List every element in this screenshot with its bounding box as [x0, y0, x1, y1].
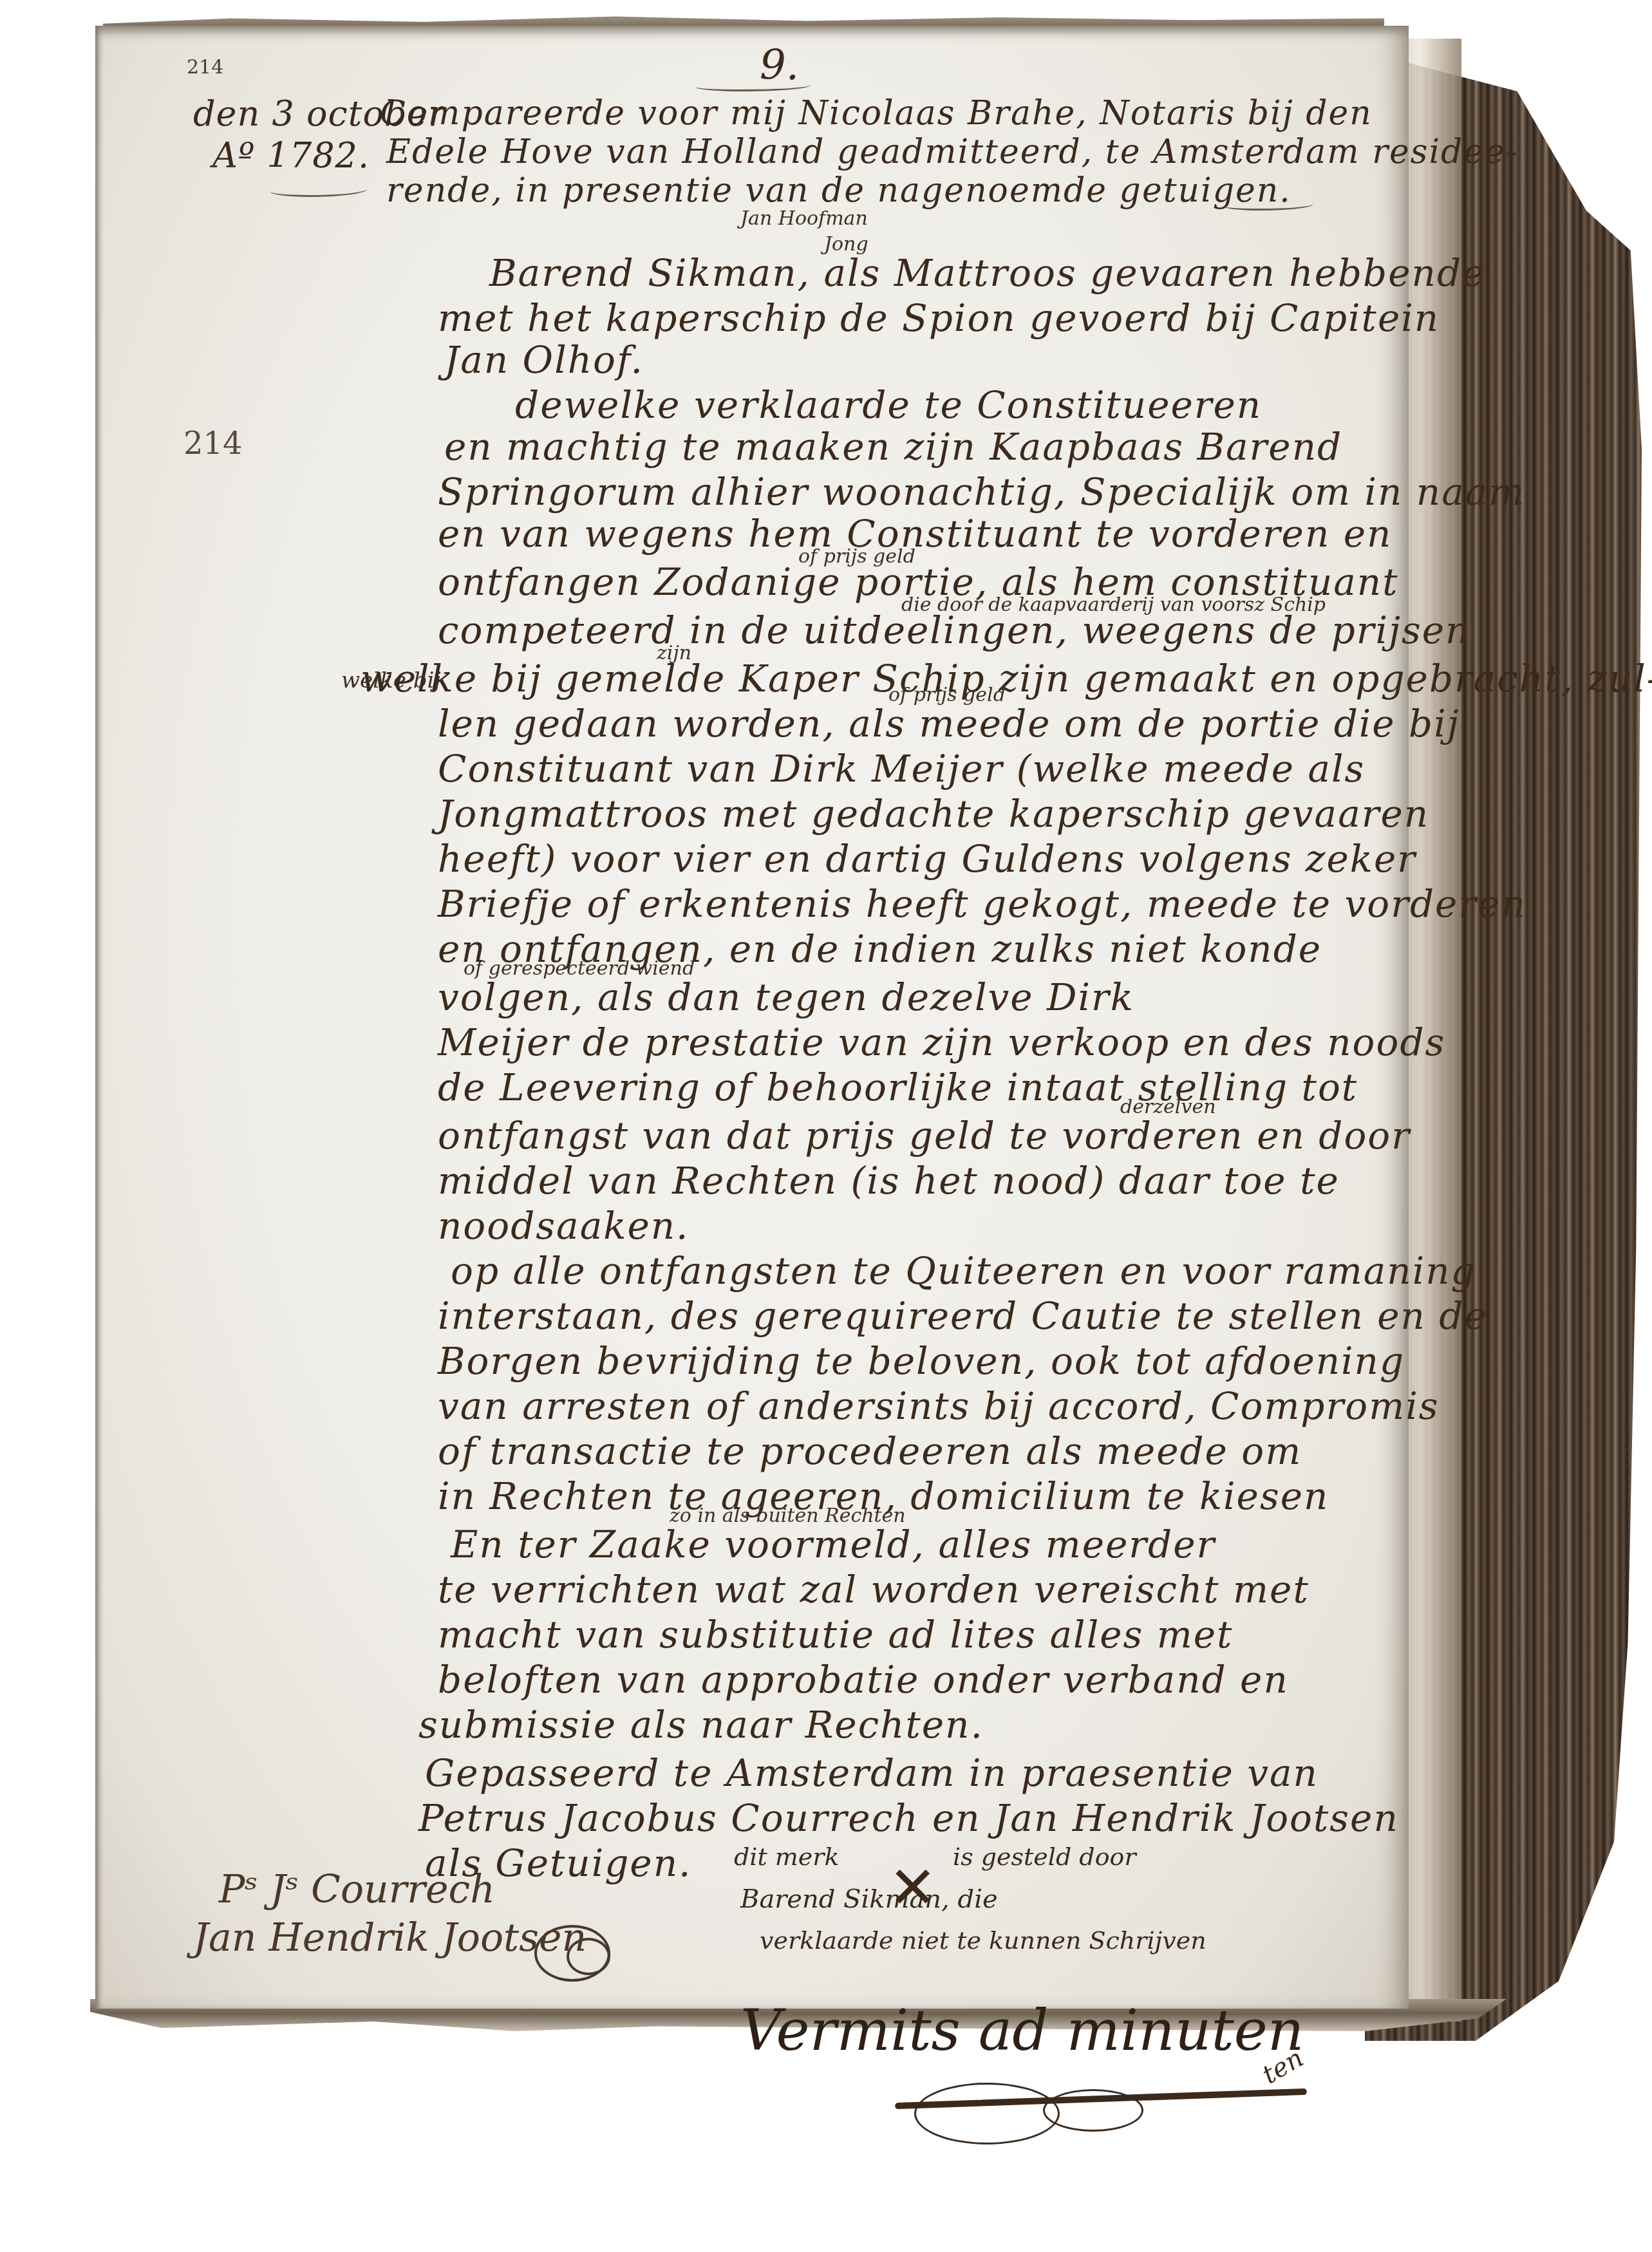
body-line: welke bij gemelde Kaper Schip zijn gemaa… — [361, 660, 1652, 697]
signature-flourish-inner — [567, 1938, 610, 1975]
margin-insert: welke bij — [341, 670, 441, 691]
body-line: met het kaperschip de Spion gevoerd bij … — [438, 299, 1440, 337]
body-line: middel van Rechten (is het nood) daar to… — [438, 1162, 1340, 1199]
body-line: beloften van approbatie onder verband en — [438, 1661, 1289, 1698]
body-line: Barend Sikman, als Mattroos gevaaren heb… — [489, 254, 1485, 292]
body-line: Briefje of erkentenis heeft gekogt, meed… — [438, 885, 1526, 923]
body-line: Jongmattroos met gedachte kaperschip gev… — [438, 795, 1429, 832]
body-line: Meijer de prestatie van zijn verkoop en … — [438, 1024, 1445, 1061]
body-line: van arresten of andersints bij accord, C… — [438, 1387, 1439, 1425]
body-line: interstaan, des gerequireerd Cautie te s… — [438, 1297, 1488, 1335]
folio-number-margin: 214 — [183, 428, 243, 459]
body-line: Constituant van Dirk Meijer (welke meede… — [438, 750, 1365, 787]
witness-signature-jootsen: Jan Hendrik Jootsen — [193, 1919, 587, 1957]
notary-flourish-loop — [914, 2083, 1060, 2144]
body-line: Edele Hove van Holland geadmitteerd, te … — [386, 135, 1519, 169]
body-line: En ter Zaake voormeld, alles meerder — [451, 1526, 1216, 1563]
body-line: Compareerde voor mij Nicolaas Brahe, Not… — [380, 97, 1373, 130]
mark-statement-line1: dit merk — [734, 1844, 840, 1869]
mark-statement-line2: Barend Sikman, die — [740, 1886, 998, 1912]
body-line: de Leevering of behoorlijke intaat stell… — [438, 1069, 1358, 1106]
manuscript-book: 214 den 3 october Aº 1782. 214 9. Compar… — [0, 0, 1652, 2252]
margin-date-year: Aº 1782. — [212, 138, 370, 173]
folio-number-top: 214 — [187, 58, 223, 77]
witness-signature-courrech: Pˢ Jˢ Courrech — [219, 1870, 495, 1909]
body-line: te verrichten wat zal worden vereischt m… — [438, 1571, 1309, 1608]
body-line: rende, in presentie van de nagenoemde ge… — [386, 174, 1291, 207]
interlinear-note: Jan Hoofman — [740, 209, 868, 229]
mark-statement-line3: verklaarde niet te kunnen Schrijven — [760, 1928, 1206, 1953]
body-line: heeft) voor vier en dartig Guldens volge… — [438, 840, 1416, 877]
body-line: Borgen bevrijding te beloven, ook tot af… — [438, 1342, 1405, 1380]
body-line: dewelke verklaarde te Constitueeren — [515, 386, 1262, 424]
body-line: competeerd in de uitdeelingen, weegens d… — [438, 612, 1470, 649]
body-line: op alle ontfangsten te Quiteeren en voor… — [451, 1252, 1476, 1290]
body-line: macht van substitutie ad lites alles met — [438, 1616, 1233, 1653]
body-line: volgen, als dan tegen dezelve Dirk — [438, 979, 1134, 1016]
body-line: Gepasseerd te Amsterdam in praesentie va… — [425, 1754, 1319, 1792]
body-line: Jan Olhof. — [444, 341, 644, 379]
body-line: ontfangst van dat prijs geld te vorderen… — [438, 1117, 1411, 1154]
body-line: len gedaan worden, als meede om de porti… — [438, 705, 1460, 742]
body-line: of transactie te procedeeren als meede o… — [438, 1432, 1302, 1470]
body-line: noodsaaken. — [438, 1207, 690, 1244]
body-line: Springorum alhier woonachtig, Specialijk… — [438, 473, 1525, 511]
notary-flourish-loop — [1043, 2089, 1143, 2132]
body-line: submissie als naar Rechten. — [418, 1706, 984, 1743]
notary-closing: Vermits ad minuten — [740, 2002, 1304, 2059]
body-line: en machtig te maaken zijn Kaapbaas Baren… — [444, 428, 1342, 465]
body-line: Petrus Jacobus Courrech en Jan Hendrik J… — [418, 1799, 1399, 1837]
mark-statement-line1b: is gesteld door — [953, 1844, 1136, 1869]
